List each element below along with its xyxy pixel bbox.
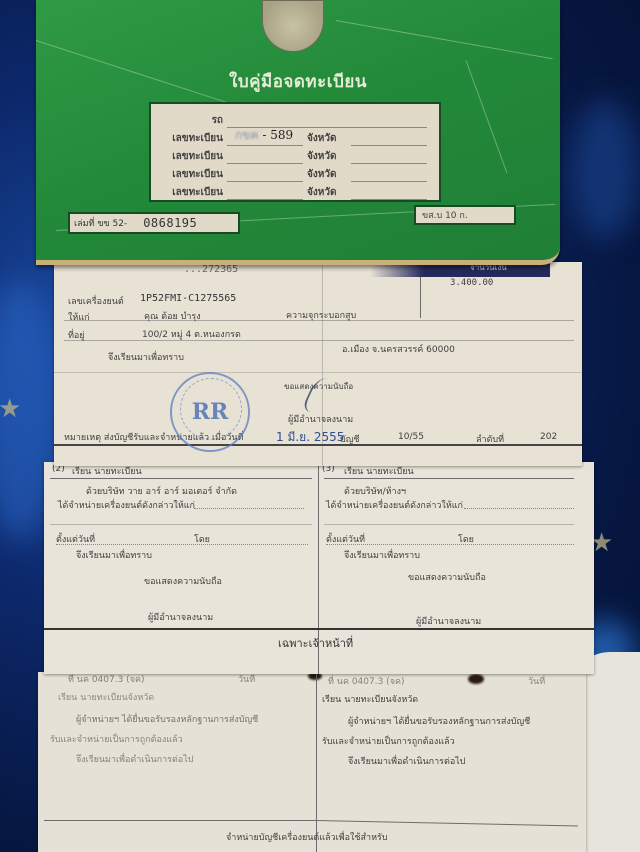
field-line [351,132,427,146]
field-line [351,186,427,200]
province-label: จังหวัด [307,131,347,146]
account-value: 10/55 [398,432,424,442]
plate-label: เลขทะเบียน [159,149,223,164]
right-header-date: วันที่ [528,674,545,688]
engine-number-value: 1P52FMI-C1275565 [140,293,236,304]
vehicle-row: รถ [159,110,431,128]
province-label: จังหวัด [307,185,347,200]
rule [64,320,574,321]
divider [54,444,582,446]
garuda-emblem-icon [262,0,324,52]
divider [44,820,316,821]
license-plate-box: รถ เลขทะเบียน กขค - 589 จังหวัด เลขทะเบี… [149,102,441,202]
order-value: 202 [540,432,557,442]
right-signer: ผู้มีอำนาจลงนาม [416,614,481,628]
crease [336,20,553,59]
rule [64,340,574,341]
left-line3: จึงเรียนมาเพื่อดำเนินการต่อไป [76,752,194,766]
plate-label: เลขทะเบียน [159,131,223,146]
address-value: 100/2 หมู่ 4 ต.หนองกรด [142,327,241,341]
field-line [464,508,574,509]
left-signer: ผู้มีอำนาจลงนาม [148,610,213,624]
right-closing: จึงเรียนมาเพื่อทราบ [344,548,420,562]
center-fold [316,672,317,852]
province-label: จังหวัด [307,149,347,164]
rule [324,524,574,525]
star-icon: ★ [0,396,21,422]
form-version-label: ขส.บ 10 ก. [422,208,468,222]
slip-header-number: ...272365 [184,264,238,275]
left-header-ref: ที่ นค 0407.3 (จค) [68,672,145,686]
registration-form-middle: (2) เรียน นายทะเบียน ด้วยบริษัท วาย อาร์… [44,462,594,674]
field-line [351,150,427,164]
right-to: เรียน นายทะเบียน [344,464,414,478]
right-to: เรียน นายทะเบียนจังหวัด [322,692,418,706]
rule [50,478,312,479]
registration-form-lower: ที่ นค 0407.3 (จค) วันที่ ที่ นค 0407.3 … [38,672,586,852]
right-company: ด้วยบริษัท/ห้างฯ [344,484,406,498]
field-line [227,150,303,164]
rule [324,478,574,479]
right-respect: ขอแสดงความนับถือ [408,570,486,584]
dealer-stamp: RR [170,372,250,452]
plate-row: เลขทะเบียน กขค - 589 จังหวัด [159,128,431,146]
left-to: เรียน นายทะเบียนจังหวัด [58,690,154,704]
plate-prefix-blurred: กขค [235,128,259,142]
field-line [326,544,574,545]
officer-only-heading: เฉพาะเจ้าหน้าที่ [278,634,353,652]
field-line: กขค - 589 [227,132,303,146]
plate-label: เลขทะเบียน [159,167,223,182]
plate-row: เลขทะเบียน จังหวัด [159,182,431,200]
signer-text: ผู้มีอำนาจลงนาม [288,412,353,426]
right-sold-to: ได้จำหน่ายเครื่องยนต์ดังกล่าวให้แก่ [326,498,463,512]
field-line [227,186,303,200]
fold-line [54,372,582,373]
left-respect: ขอแสดงความนับถือ [144,574,222,588]
plate-row: เลขทะเบียน จังหวัด [159,164,431,182]
field-line [227,168,303,182]
amount-value: 3.400.00 [450,278,493,288]
form-version-box: ขส.บ 10 ก. [414,205,516,225]
plate-row: เลขทะเบียน จังหวัด [159,146,431,164]
province-label: จังหวัด [307,167,347,182]
paper-hole [468,674,484,684]
booklet-title: ใบคู่มือจดทะเบียน [36,68,560,95]
left-line2: รับและจำหน่ายเป็นการถูกต้องแล้ว [50,732,183,746]
field-line [351,168,427,182]
right-line3: จึงเรียนมาเพื่อดำเนินการต่อไป [348,754,466,768]
serial-number: 0868195 [143,216,197,230]
right-header-ref: ที่ นค 0407.3 (จค) [328,674,405,688]
plate-number: - 589 [262,128,293,142]
left-to: เรียน นายทะเบียน [72,464,142,478]
left-line1: ผู้จำหน่ายฯ ได้ยื่นขอรับรองหลักฐานการส่ง… [76,712,258,726]
footer-text: จำหน่ายบัญชีเครื่องยนต์แล้วเพื่อใช้สำหรั… [226,830,388,844]
vehicle-label: รถ [159,113,223,128]
serial-prefix: เล่มที่ ขข 52- [74,216,127,230]
left-sold-to: ได้จำหน่ายเครื่องยนต์ดังกล่าวให้แก่ [58,498,195,512]
left-header-date: วันที่ [238,672,255,686]
engine-number-label: เลขเครื่องยนต์ [68,294,124,308]
engine-sales-slip: ...272365 3.400.00 เลขเครื่องยนต์ 1P52FM… [54,262,582,466]
divider [316,820,578,826]
registration-booklet-cover: ใบคู่มือจดทะเบียน รถ เลขทะเบียน กขค - 58… [36,0,560,265]
recipient-label: ให้แก่ [68,310,90,324]
right-line2: รับและจำหน่ายเป็นการถูกต้องแล้ว [322,734,455,748]
rule [50,524,312,525]
divider [44,628,594,630]
field-line [194,508,304,509]
field-line [56,544,308,545]
left-closing: จึงเรียนมาเพื่อทราบ [76,548,152,562]
right-line1: ผู้จำหน่ายฯ ได้ยื่นขอรับรองหลักฐานการส่ง… [348,714,530,728]
booklet-serial-box: เล่มที่ ขข 52- 0868195 [68,212,240,234]
left-company: ด้วยบริษัท วาย อาร์ อาร์ มอเตอร์ จำกัด [86,484,237,498]
blanket-highlight [570,100,640,240]
closing-text: จึงเรียนมาเพื่อทราบ [108,350,184,364]
address-value-2: อ.เมือง จ.นครสวรรค์ 60000 [342,342,455,356]
plate-label: เลขทะเบียน [159,185,223,200]
